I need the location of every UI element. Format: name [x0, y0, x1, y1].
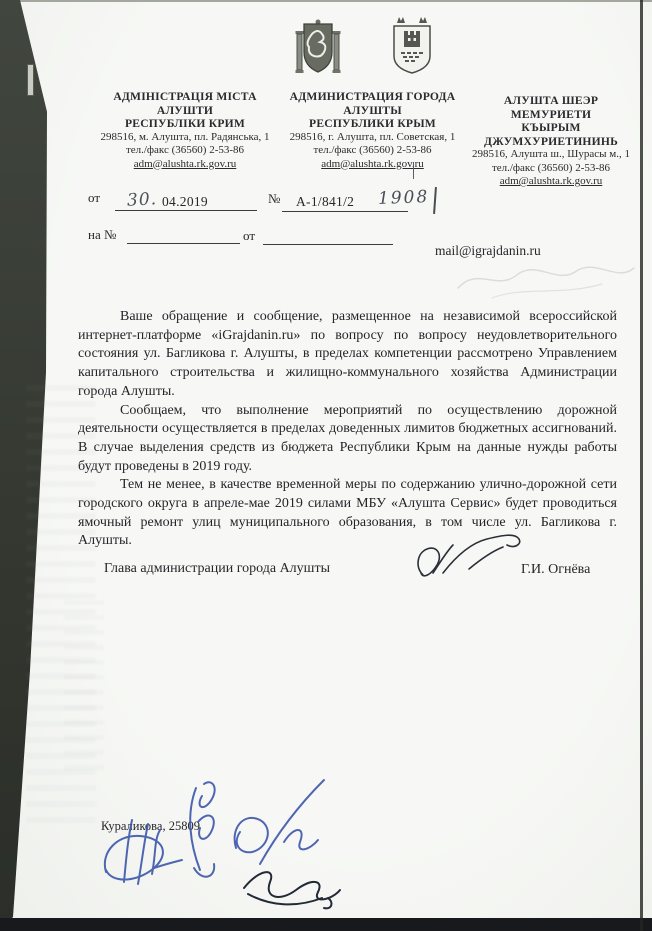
org-name-line: КЪЫРЫМ ДЖУМХУРИЕТИНИНЬ	[460, 121, 642, 148]
letterhead-russian: АДМИНИСТРАЦИЯ ГОРОДА АЛУШТЫ РЕСПУБЛИКИ К…	[280, 90, 465, 171]
reply-date-underline	[263, 244, 393, 245]
paragraph: Ваше обращение и сообщение, размещенное …	[78, 308, 617, 402]
scanned-letter: АДМІНІСТРАЦІЯ МІСТА АЛУШТИ РЕСПУБЛІКИ КР…	[0, 0, 652, 931]
number-label: №	[268, 191, 280, 207]
pen-mark	[413, 162, 414, 179]
scan-right-edge	[640, 0, 643, 931]
alushta-coat-of-arms-icon	[389, 14, 435, 76]
org-address: 298516, Алушта ш., Шурасы м., 1	[460, 148, 642, 162]
org-phone: тел./факс (36560) 2-53-86	[60, 144, 310, 158]
typed-number: А-1/841/2	[296, 194, 354, 210]
signatory-name: Г.И. Огнёва	[521, 562, 590, 578]
org-email: adm@alushta.rk.gov.ru	[60, 158, 310, 172]
from-label: от	[88, 190, 100, 206]
org-address: 298516, м. Алушта, пл. Радянська, 1	[60, 131, 310, 145]
reply-to-label: на №	[88, 227, 116, 243]
letter-body: Ваше обращение и сообщение, размещенное …	[78, 308, 617, 551]
reply-from-label: от	[243, 228, 255, 244]
org-address: 298516, г. Алушта, пл. Советская, 1	[280, 131, 465, 145]
org-name-line: РЕСПУБЛИКИ КРЫМ	[280, 117, 465, 131]
pen-mark	[433, 187, 436, 214]
scan-top-edge	[0, 0, 652, 2]
org-phone: тел./факс (36560) 2-53-86	[280, 144, 465, 158]
crimea-coat-of-arms-icon	[294, 18, 342, 78]
typed-date: 04.2019	[162, 194, 208, 210]
scan-artifact-dash	[27, 64, 34, 96]
pencil-scribble	[452, 256, 642, 304]
handwritten-date: 30.	[126, 189, 157, 211]
org-phone: тел./факс (36560) 2-53-86	[460, 162, 642, 176]
letterhead-ukrainian: АДМІНІСТРАЦІЯ МІСТА АЛУШТИ РЕСПУБЛІКИ КР…	[60, 90, 310, 171]
org-name-line: РЕСПУБЛІКИ КРИМ	[60, 117, 310, 131]
ink-signature	[413, 527, 531, 587]
org-name-line: АЛУШТЫ	[280, 104, 465, 118]
signatory-title: Глава администрации города Алушты	[104, 561, 330, 577]
number-underline	[282, 211, 408, 212]
paragraph: Сообщаем, что выполнение мероприятий по …	[78, 402, 617, 477]
scan-bottom-edge	[0, 918, 652, 931]
approval-signatures	[92, 770, 350, 922]
reply-number-underline	[127, 243, 240, 244]
paragraph: Тем не менее, в качестве временной меры …	[78, 476, 617, 551]
org-name-line: АДМІНІСТРАЦІЯ МІСТА	[60, 90, 310, 104]
org-name-line: АЛУШТА ШЕЭР	[460, 94, 642, 108]
org-name-line: АЛУШТИ	[60, 104, 310, 118]
letterhead-crimean-tatar: АЛУШТА ШЕЭР МЕМУРИЕТИ КЪЫРЫМ ДЖУМХУРИЕТИ…	[460, 94, 642, 189]
org-email: adm@alushta.rk.gov.ru	[460, 175, 642, 189]
org-name-line: МЕМУРИЕТИ	[460, 108, 642, 122]
org-name-line: АДМИНИСТРАЦИЯ ГОРОДА	[280, 90, 465, 104]
handwritten-number: 1908	[378, 187, 430, 209]
org-email: adm@alushta.rk.gov.ru	[280, 158, 465, 172]
bleed-through-texture	[64, 600, 104, 780]
